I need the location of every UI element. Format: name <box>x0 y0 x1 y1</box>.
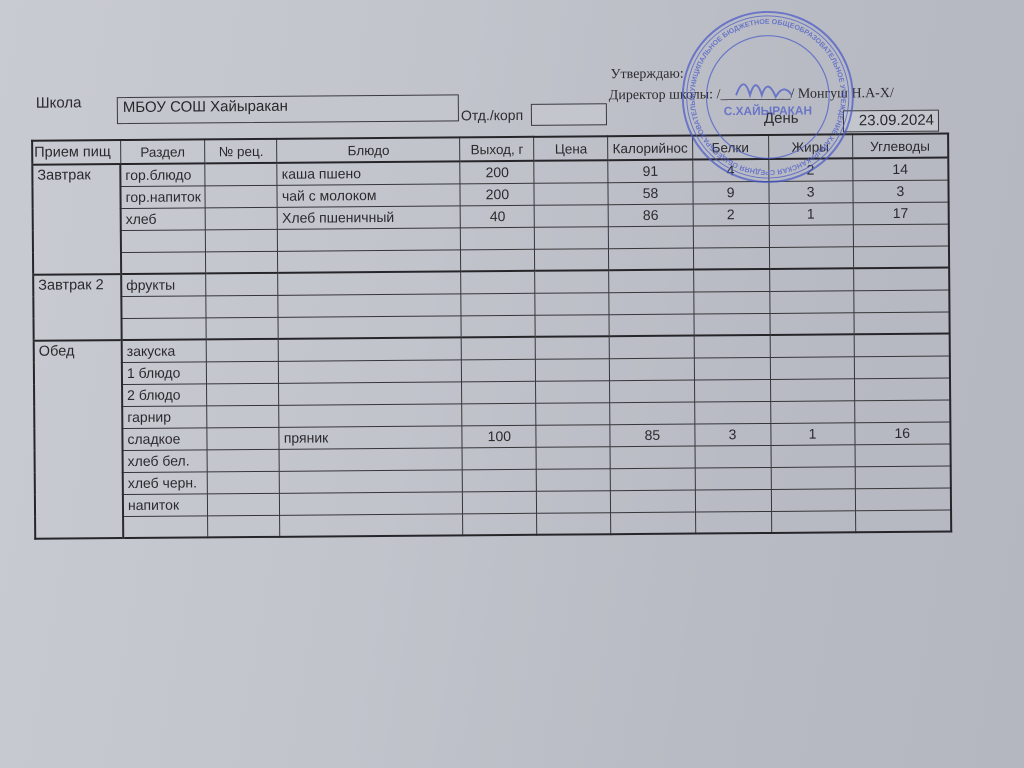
recipe-cell <box>206 273 278 296</box>
column-header: Углеводы <box>852 134 948 159</box>
price-cell <box>534 160 608 183</box>
section-cell <box>121 251 206 274</box>
dish-cell <box>278 271 461 294</box>
carbs-cell: 14 <box>852 158 948 181</box>
column-header: Прием пищ <box>32 140 120 165</box>
dish-cell <box>279 381 462 404</box>
calories-cell <box>610 380 694 403</box>
calories-cell <box>609 248 693 271</box>
fat-cell: 3 <box>769 180 853 203</box>
dish-cell <box>279 403 462 426</box>
protein-cell <box>694 401 770 424</box>
price-cell <box>535 292 609 315</box>
recipe-cell <box>205 185 277 208</box>
yield-cell <box>462 447 536 470</box>
protein-cell <box>693 225 769 248</box>
fat-cell <box>769 268 853 291</box>
carbs-cell <box>854 400 950 423</box>
protein-cell <box>695 511 771 534</box>
calories-cell: 91 <box>608 160 692 183</box>
protein-cell: 2 <box>693 203 769 226</box>
fat-cell <box>770 312 854 335</box>
section-cell: хлеб черн. <box>123 471 208 494</box>
price-cell <box>537 490 611 513</box>
protein-cell: 9 <box>693 181 769 204</box>
recipe-cell <box>205 207 277 230</box>
price-cell <box>535 226 609 249</box>
protein-cell: 3 <box>694 423 770 446</box>
protein-cell <box>695 445 771 468</box>
carbs-cell <box>855 488 951 511</box>
school-field: МБОУ СОШ Хайыракан <box>117 94 459 124</box>
calories-cell: 58 <box>608 182 692 205</box>
carbs-cell <box>854 378 950 401</box>
yield-cell <box>463 469 537 492</box>
dish-cell <box>278 293 461 316</box>
recipe-cell <box>207 361 279 384</box>
recipe-cell <box>206 229 278 252</box>
section-cell: гор.напиток <box>120 185 205 208</box>
price-cell <box>535 248 609 271</box>
calories-cell <box>610 446 694 469</box>
fat-cell <box>769 290 853 313</box>
calories-cell <box>609 226 693 249</box>
carbs-cell <box>854 312 950 335</box>
section-cell <box>121 295 206 318</box>
recipe-cell <box>205 163 277 186</box>
section-cell: напиток <box>123 493 208 516</box>
yield-cell <box>462 403 536 426</box>
director-signature: /__________/ Монгуш Н.А-Х/ <box>716 86 893 102</box>
column-header: Блюдо <box>277 137 460 162</box>
section-cell: сладкое <box>122 427 207 450</box>
fat-cell <box>770 356 854 379</box>
yield-cell <box>463 513 537 536</box>
dish-cell: чай с молоком <box>277 183 460 206</box>
recipe-cell <box>208 493 280 516</box>
calories-cell <box>610 358 694 381</box>
protein-cell: 4 <box>692 159 768 182</box>
dish-cell: Хлеб пшеничный <box>277 205 460 228</box>
recipe-cell <box>207 427 279 450</box>
section-cell: гор.блюдо <box>120 163 205 186</box>
calories-cell <box>609 270 693 293</box>
section-cell: закуска <box>122 339 207 362</box>
director-label: Директор школы: <box>609 87 713 103</box>
carbs-cell: 3 <box>853 180 949 203</box>
calories-cell <box>609 292 693 315</box>
carbs-cell <box>855 444 951 467</box>
price-cell <box>536 402 610 425</box>
recipe-cell <box>206 251 278 274</box>
protein-cell <box>695 467 771 490</box>
column-header: Жиры <box>768 134 852 159</box>
carbs-cell: 16 <box>854 422 950 445</box>
dish-cell: каша пшено <box>277 161 460 184</box>
dish-cell: пряник <box>279 425 462 448</box>
recipe-cell <box>207 449 279 472</box>
fat-cell <box>769 224 853 247</box>
calories-cell <box>609 314 693 337</box>
protein-cell <box>694 379 770 402</box>
carbs-cell <box>853 246 949 269</box>
carbs-cell <box>853 224 949 247</box>
price-cell <box>534 182 608 205</box>
protein-cell <box>693 247 769 270</box>
yield-cell: 40 <box>460 205 534 228</box>
yield-cell <box>461 315 535 338</box>
fat-cell <box>771 510 855 533</box>
price-cell <box>536 424 610 447</box>
protein-cell <box>695 489 771 512</box>
section-cell: хлеб бел. <box>123 449 208 472</box>
fat-cell <box>771 444 855 467</box>
fat-cell: 2 <box>768 158 852 181</box>
yield-cell <box>461 249 535 272</box>
yield-cell <box>461 271 535 294</box>
carbs-cell <box>854 334 950 357</box>
fat-cell <box>771 466 855 489</box>
carbs-cell <box>855 466 951 489</box>
carbs-cell <box>855 510 951 533</box>
column-header: Белки <box>692 135 768 160</box>
section-cell <box>122 317 207 340</box>
calories-cell <box>610 402 694 425</box>
carbs-cell: 17 <box>853 202 949 225</box>
day-field: 23.09.2024 <box>843 110 939 133</box>
yield-cell <box>461 293 535 316</box>
protein-cell <box>693 269 769 292</box>
price-cell <box>536 446 610 469</box>
department-label: Отд./корп <box>461 107 523 123</box>
fat-cell: 1 <box>770 422 854 445</box>
price-cell <box>534 204 608 227</box>
section-cell: фрукты <box>121 273 206 296</box>
price-cell <box>535 270 609 293</box>
protein-cell <box>694 335 770 358</box>
fat-cell <box>770 334 854 357</box>
calories-cell <box>611 490 695 513</box>
dish-cell <box>280 513 463 536</box>
yield-cell: 100 <box>462 425 536 448</box>
calories-cell: 85 <box>610 424 694 447</box>
approve-label: Утверждаю: <box>611 67 684 84</box>
section-cell <box>123 515 208 538</box>
calories-cell: 86 <box>608 204 692 227</box>
menu-sheet: Школа МБОУ СОШ Хайыракан Отд./корп Утвер… <box>0 0 1024 768</box>
dish-cell <box>278 249 461 272</box>
dish-cell <box>278 315 461 338</box>
protein-cell <box>694 357 770 380</box>
department-field <box>531 103 607 126</box>
meal-name-cell: Завтрак <box>32 164 121 275</box>
column-header: Раздел <box>120 139 205 164</box>
section-cell <box>121 229 206 252</box>
dish-cell <box>279 337 462 360</box>
calories-cell <box>611 512 695 535</box>
recipe-cell <box>208 515 280 538</box>
fat-cell <box>771 488 855 511</box>
meal-name-cell: Завтрак 2 <box>33 274 122 341</box>
column-header: Цена <box>534 136 608 161</box>
dish-cell <box>280 491 463 514</box>
fat-cell <box>770 378 854 401</box>
recipe-cell <box>207 405 279 428</box>
calories-cell <box>610 336 694 359</box>
school-label: Школа <box>36 94 82 111</box>
yield-cell: 200 <box>460 183 534 206</box>
price-cell <box>536 336 610 359</box>
fat-cell <box>770 400 854 423</box>
price-cell <box>536 358 610 381</box>
section-cell: 2 блюдо <box>122 383 207 406</box>
meal-name-cell: Обед <box>34 340 124 539</box>
recipe-cell <box>206 295 278 318</box>
yield-cell <box>462 381 536 404</box>
dish-cell <box>279 359 462 382</box>
day-label: День <box>764 110 799 127</box>
price-cell <box>537 512 611 535</box>
dish-cell <box>278 227 461 250</box>
price-cell <box>537 468 611 491</box>
dish-cell <box>279 447 462 470</box>
carbs-cell <box>854 356 950 379</box>
column-header: № рец. <box>205 139 277 164</box>
recipe-cell <box>206 317 278 340</box>
carbs-cell <box>853 290 949 313</box>
protein-cell <box>694 313 770 336</box>
price-cell <box>535 314 609 337</box>
yield-cell <box>462 359 536 382</box>
section-cell: 1 блюдо <box>122 361 207 384</box>
yield-cell <box>463 491 537 514</box>
section-cell: гарнир <box>122 405 207 428</box>
yield-cell <box>461 227 535 250</box>
dish-cell <box>280 469 463 492</box>
fat-cell: 1 <box>769 202 853 225</box>
yield-cell <box>462 337 536 360</box>
menu-table: Прием пищРаздел№ рец.БлюдоВыход, гЦенаКа… <box>31 133 952 540</box>
recipe-cell <box>208 471 280 494</box>
price-cell <box>536 380 610 403</box>
director-signature-line: Директор школы: /__________/ Монгуш Н.А-… <box>609 86 894 104</box>
protein-cell <box>693 291 769 314</box>
recipe-cell <box>207 383 279 406</box>
section-cell: хлеб <box>121 207 206 230</box>
fat-cell <box>769 246 853 269</box>
recipe-cell <box>207 339 279 362</box>
column-header: Калорийнос <box>608 136 692 161</box>
calories-cell <box>611 468 695 491</box>
carbs-cell <box>853 268 949 291</box>
yield-cell: 200 <box>460 161 534 184</box>
column-header: Выход, г <box>460 137 534 162</box>
